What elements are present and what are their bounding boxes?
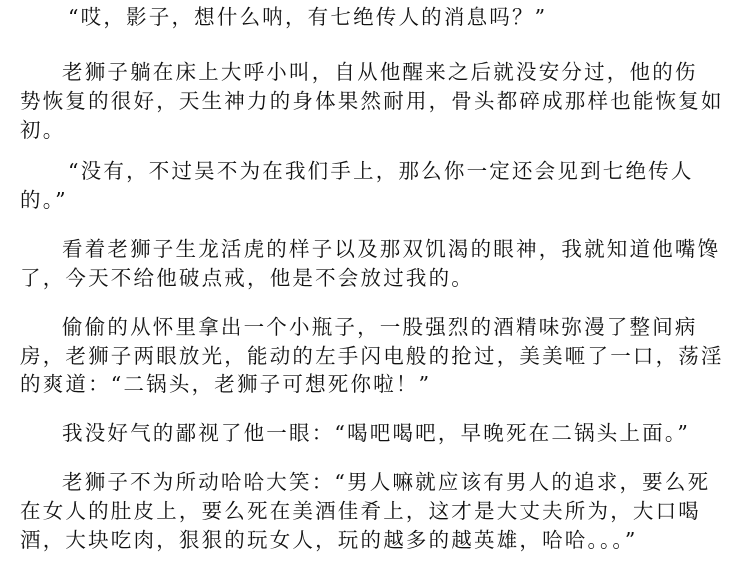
text-line: 老狮子不为所动哈哈大笑：“男人嘛就应该有男人的追求，要么死 [62,469,710,495]
text-line: 房，老狮子两眼放光，能动的左手闪电般的抢过，美美咂了一口，荡淫 [20,343,724,369]
text-line: 初。 [20,117,65,143]
text-line: 势恢复的很好，天生神力的身体果然耐用，骨头都碎成那样也能恢复如 [20,88,724,114]
text-line: 了，今天不给他破点戒，他是不会放过我的。 [20,265,474,291]
text-line: 我没好气的鄙视了他一眼：“喝吧喝吧，早晚死在二锅头上面。” [62,420,690,446]
text-line: 酒，大块吃肉，狠狠的玩女人，玩的越多的越英雄，哈哈。。。” [20,527,638,553]
text-line: “哎，影子，想什么呐，有七绝传人的消息吗？” [68,4,547,30]
text-line: 的爽道：“二锅头，老狮子可想死你啦！” [20,371,431,397]
text-line: 的。” [20,187,68,213]
text-line: 在女人的肚皮上，要么死在美酒佳肴上，这才是大丈夫所为，大口喝 [20,498,701,524]
text-line: “没有，不过吴不为在我们手上，那么你一定还会见到七绝传人 [68,158,694,184]
text-line: 看着老狮子生龙活虎的样子以及那双饥渴的眼神，我就知道他嘴馋 [62,236,720,262]
text-line: 偷偷的从怀里拿出一个小瓶子，一股强烈的酒精味弥漫了整间病 [62,314,698,340]
text-line: 老狮子躺在床上大呼小叫，自从他醒来之后就没安分过，他的伤 [62,59,698,85]
